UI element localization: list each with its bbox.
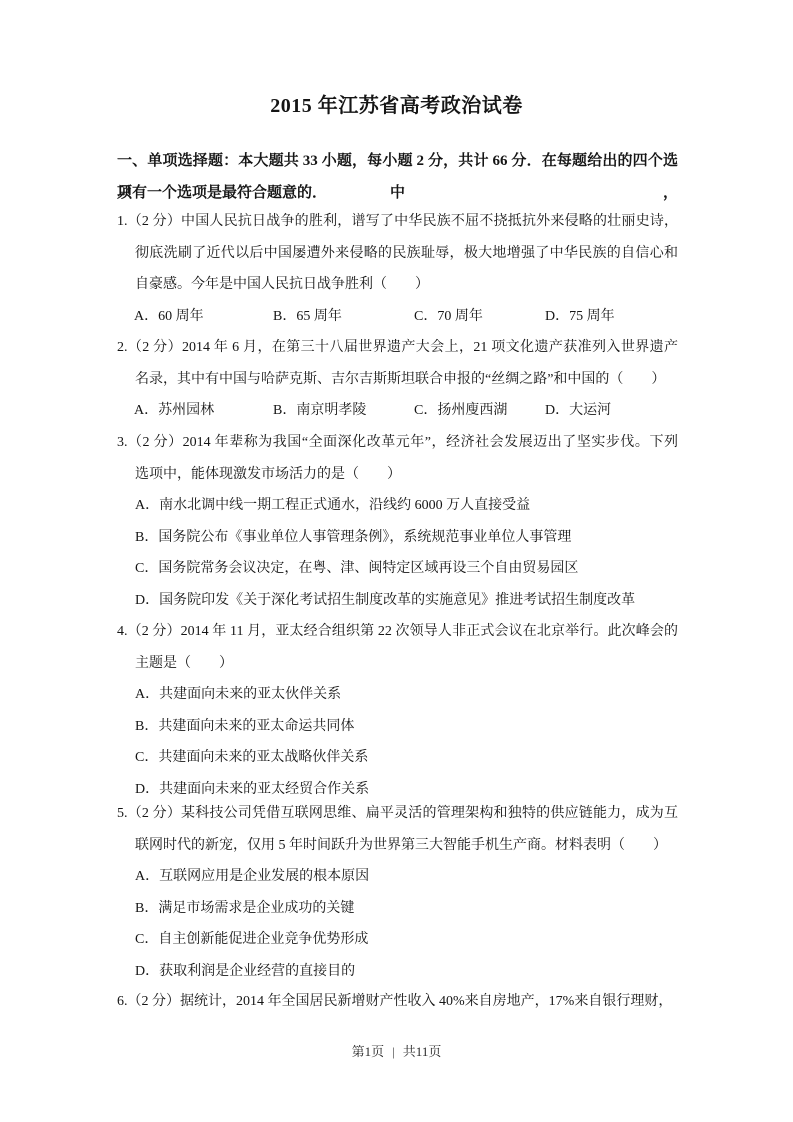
document-page: 2015 年江苏省高考政治试卷 一、单项选择题：本大题共 33 小题，每小题 2…	[0, 0, 793, 1122]
page-count: 共11页	[403, 1044, 442, 1059]
question-1-option-a: A．60 周年	[134, 301, 273, 333]
question-1: 1.（2 分）中国人民抗日战争的胜利，谱写了中华民族不屈不挠抵抗外来侵略的壮丽史…	[117, 206, 678, 332]
question-1-option-d: D．75 周年	[545, 301, 615, 333]
question-2-options-row: A．苏州园林B．南京明孝陵C．扬州廋西湖D．大运河	[117, 395, 678, 427]
question-3-option-d: D．国务院印发《关于深化考试招生制度改革的实施意见》推进考试招生制度改革	[117, 585, 678, 617]
page-title: 2015 年江苏省高考政治试卷	[0, 92, 793, 120]
section-header-line-1: 一、单项选择题：本大题共 33 小题，每小题 2 分，共计 66 分．在每题给出…	[117, 146, 678, 178]
question-5-option-b: B．满足市场需求是企业成功的关键	[117, 893, 678, 925]
question-3-option-a: A．南水北调中线一期工程正式通水，沿线约 6000 万人直接受益	[117, 490, 678, 522]
question-3-line-2: 选项中，能体现激发市场活力的是（ ）	[117, 459, 678, 491]
question-5-option-c: C．自主创新能促进企业竞争优势形成	[117, 924, 678, 956]
question-1-options-row: A．60 周年B．65 周年C．70 周年D．75 周年	[117, 301, 678, 333]
question-1-option-b: B．65 周年	[273, 301, 414, 333]
question-5-option-a: A．互联网应用是企业发展的根本原因	[117, 861, 678, 893]
question-4-option-c: C．共建面向未来的亚太战略伙伴关系	[117, 742, 678, 774]
question-5-line-1: 5.（2 分）某科技公司凭借互联网思维、扁平灵活的管理架构和独特的供应链能力，成…	[117, 798, 678, 830]
question-2-option-b: B．南京明孝陵	[273, 395, 414, 427]
page-footer: 第1页|共11页	[0, 1042, 793, 1062]
question-1-line-3: 自豪感。今年是中国人民抗日战争胜利（ ）	[117, 269, 678, 301]
question-3: 3.（2 分）2014 年辈称为我国“全面深化改革元年”，经济社会发展迈出了坚实…	[117, 427, 678, 616]
question-2-option-a: A．苏州园林	[134, 395, 273, 427]
question-3-line-1: 3.（2 分）2014 年辈称为我国“全面深化改革元年”，经济社会发展迈出了坚实…	[117, 427, 678, 459]
question-4-line-1: 4.（2 分）2014 年 11 月，亚太经合组织第 22 次领导人非正式会议在…	[117, 616, 678, 648]
question-6: 6.（2 分）据统计，2014 年全国居民新增财产性收入 40%来自房地产，17…	[117, 986, 678, 1018]
question-4-option-b: B．共建面向未来的亚太命运共同体	[117, 711, 678, 743]
page-separator: |	[392, 1044, 395, 1059]
question-2-option-c: C．扬州廋西湖	[414, 395, 545, 427]
page-number: 第1页	[352, 1044, 385, 1059]
question-5-line-2: 联网时代的新宠，仅用 5 年时间跃升为世界第三大智能手机生产商。材料表明（ ）	[117, 830, 678, 862]
question-3-option-c: C．国务院常务会议决定，在粤、津、闽特定区域再设三个自由贸易园区	[117, 553, 678, 585]
question-4: 4.（2 分）2014 年 11 月，亚太经合组织第 22 次领导人非正式会议在…	[117, 616, 678, 805]
question-2-option-d: D．大运河	[545, 395, 611, 427]
question-2-line-2: 名录，其中有中国与哈萨克斯、吉尔吉斯斯坦联合申报的“丝绸之路”和中国的（ ）	[117, 364, 678, 396]
question-2-line-1: 2.（2 分）2014 年 6 月，在第三十八届世界遗产大会上，21 项文化遗产…	[117, 332, 678, 364]
question-6-line-1: 6.（2 分）据统计，2014 年全国居民新增财产性收入 40%来自房地产，17…	[117, 986, 678, 1018]
question-4-option-a: A．共建面向未来的亚太伙伴关系	[117, 679, 678, 711]
question-5-option-d: D．获取利润是企业经营的直接目的	[117, 956, 678, 988]
question-2: 2.（2 分）2014 年 6 月，在第三十八届世界遗产大会上，21 项文化遗产…	[117, 332, 678, 427]
question-1-line-1: 1.（2 分）中国人民抗日战争的胜利，谱写了中华民族不屈不挠抵抗外来侵略的壮丽史…	[117, 206, 678, 238]
question-4-line-2: 主题是（ ）	[117, 648, 678, 680]
question-3-option-b: B．国务院公布《事业单位人事管理条例》，系统规范事业单位人事管理	[117, 522, 678, 554]
question-5: 5.（2 分）某科技公司凭借互联网思维、扁平灵活的管理架构和独特的供应链能力，成…	[117, 798, 678, 987]
question-1-line-2: 彻底洗刷了近代以后中国屡遭外来侵略的民族耻辱，极大地增强了中华民族的自信心和	[117, 238, 678, 270]
section-header: 一、单项选择题：本大题共 33 小题，每小题 2 分，共计 66 分．在每题给出…	[117, 146, 678, 209]
question-1-option-c: C．70 周年	[414, 301, 545, 333]
